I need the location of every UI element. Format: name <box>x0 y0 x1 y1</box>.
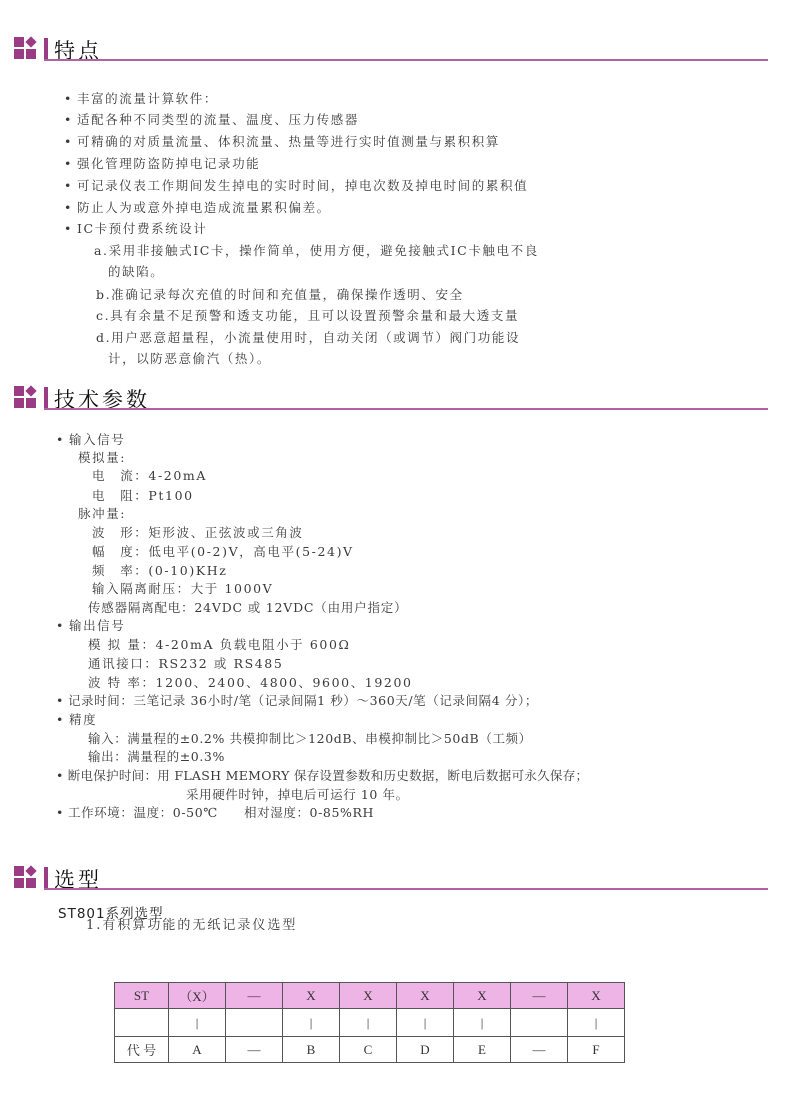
section-icon <box>14 866 38 890</box>
table-cell: E <box>454 1037 511 1063</box>
feature-item: 可精确的对质量流量、体积流量、热量等进行实时值测量与累积积算 <box>64 133 500 151</box>
spec-isolation: 输入隔离耐压：大于 1000V <box>92 580 273 598</box>
spec-current: 电 流：4-20mA <box>92 467 207 485</box>
table-cell: — <box>226 983 283 1009</box>
heading-bar <box>44 38 48 60</box>
selection-subtitle: 1.有积算功能的无纸记录仪选型 <box>86 917 297 935</box>
table-cell: X <box>397 983 454 1009</box>
table-cell <box>511 1009 568 1037</box>
feature-item: 适配各种不同类型的流量、温度、压力传感器 <box>64 111 359 129</box>
spec-waveform: 波 形：矩形波、正弦波或三角波 <box>92 524 304 542</box>
table-cell: C <box>340 1037 397 1063</box>
section-icon <box>14 386 38 410</box>
spec-power-protect-cont: 采用硬件时钟，掉电后可运行 10 年。 <box>186 786 409 804</box>
spec-accuracy: 精度 <box>56 711 97 729</box>
heading-bar <box>44 867 48 889</box>
model-selection-table: ST （X） — X X X X — X | | | | | | 代 号 A —… <box>114 982 625 1063</box>
section-heading-features: 特点 <box>0 37 800 67</box>
table-cell: | <box>340 1009 397 1037</box>
table-cell <box>226 1009 283 1037</box>
table-cell: ST <box>115 983 169 1009</box>
table-cell: | <box>454 1009 511 1037</box>
feature-item: 防止人为或意外掉电造成流量累积偏差。 <box>64 199 331 217</box>
section-heading-specs: 技术参数 <box>0 386 800 416</box>
table-cell: 代 号 <box>115 1037 169 1063</box>
table-cell: （X） <box>169 983 226 1009</box>
table-cell: A <box>169 1037 226 1063</box>
table-cell: — <box>226 1037 283 1063</box>
table-row-header: ST （X） — X X X X — X <box>115 983 625 1009</box>
table-cell: — <box>511 983 568 1009</box>
spec-pulse-label: 脉冲量: <box>78 505 126 523</box>
spec-resistance: 电 阻：Pt100 <box>92 487 194 505</box>
table-cell: X <box>454 983 511 1009</box>
spec-amplitude: 幅 度：低电平(0-2)V，高电平(5-24)V <box>92 543 354 561</box>
table-cell: | <box>397 1009 454 1037</box>
ic-item-d: d.用户恶意超量程，小流量使用时，自动关闭（或调节）阀门功能设 <box>96 329 520 347</box>
table-cell: D <box>397 1037 454 1063</box>
table-cell: F <box>568 1037 625 1063</box>
heading-rule <box>44 59 768 61</box>
spec-power-protect: 断电保护时间：用 FLASH MEMORY 保存设置参数和历史数据，断电后数据可… <box>56 767 588 785</box>
table-cell: B <box>283 1037 340 1063</box>
table-cell <box>115 1009 169 1037</box>
table-cell: | <box>283 1009 340 1037</box>
spec-output-signal: 输出信号 <box>56 617 125 635</box>
spec-environment: 工作环境：温度：0-50℃ 相对湿度：0-85%RH <box>56 804 374 822</box>
spec-sensor-power: 传感器隔离配电：24VDC 或 12VDC（由用户指定） <box>88 599 407 617</box>
ic-item-d-cont: 计，以防恶意偷汽（热）。 <box>108 350 271 368</box>
spec-output-analog: 模 拟 量：4-20mA 负载电阻小于 600Ω <box>88 636 350 654</box>
table-cell: | <box>169 1009 226 1037</box>
table-row-codes: 代 号 A — B C D E — F <box>115 1037 625 1063</box>
ic-item-c: c.具有余量不足预警和透支功能，且可以设置预警余量和最大透支量 <box>96 307 519 325</box>
heading-rule <box>44 888 768 890</box>
table-cell: X <box>283 983 340 1009</box>
table-cell: X <box>340 983 397 1009</box>
spec-accuracy-input: 输入：满量程的±0.2% 共模抑制比＞120dB、串模抑制比＞50dB（工频） <box>88 730 532 748</box>
spec-baud: 波 特 率：1200、2400、4800、9600、19200 <box>88 674 413 692</box>
ic-item-a: a.采用非接触式IC卡，操作简单，使用方便，避免接触式IC卡触电不良 <box>94 242 539 260</box>
section-icon <box>14 37 38 61</box>
spec-record-time: 记录时间：三笔记录 36小时/笔（记录间隔1 秒）～360天/笔（记录间隔4 分… <box>56 692 538 710</box>
table-cell: — <box>511 1037 568 1063</box>
spec-analog-label: 模拟量: <box>78 449 126 467</box>
feature-item: 可记录仪表工作期间发生掉电的实时时间，掉电次数及掉电时间的累积值 <box>64 177 528 195</box>
feature-item: 强化管理防盗防掉电记录功能 <box>64 155 260 173</box>
heading-rule <box>44 408 768 410</box>
heading-bar <box>44 387 48 409</box>
spec-input-signal: 输入信号 <box>56 431 125 449</box>
ic-item-a-cont: 的缺陷。 <box>108 263 164 281</box>
ic-item-b: b.准确记录每次充值的时间和充值量，确保操作透明、安全 <box>96 286 464 304</box>
table-row-marks: | | | | | | <box>115 1009 625 1037</box>
table-cell: X <box>568 983 625 1009</box>
table-cell: | <box>568 1009 625 1037</box>
spec-comm: 通讯接口：RS232 或 RS485 <box>88 655 283 673</box>
feature-item: IC卡预付费系统设计 <box>64 220 208 238</box>
section-heading-selection: 选型 <box>0 866 800 896</box>
feature-item: 丰富的流量计算软件： <box>64 90 218 108</box>
spec-frequency: 频 率：(0-10)KHz <box>92 562 227 580</box>
spec-accuracy-output: 输出：满量程的±0.3% <box>88 748 225 766</box>
